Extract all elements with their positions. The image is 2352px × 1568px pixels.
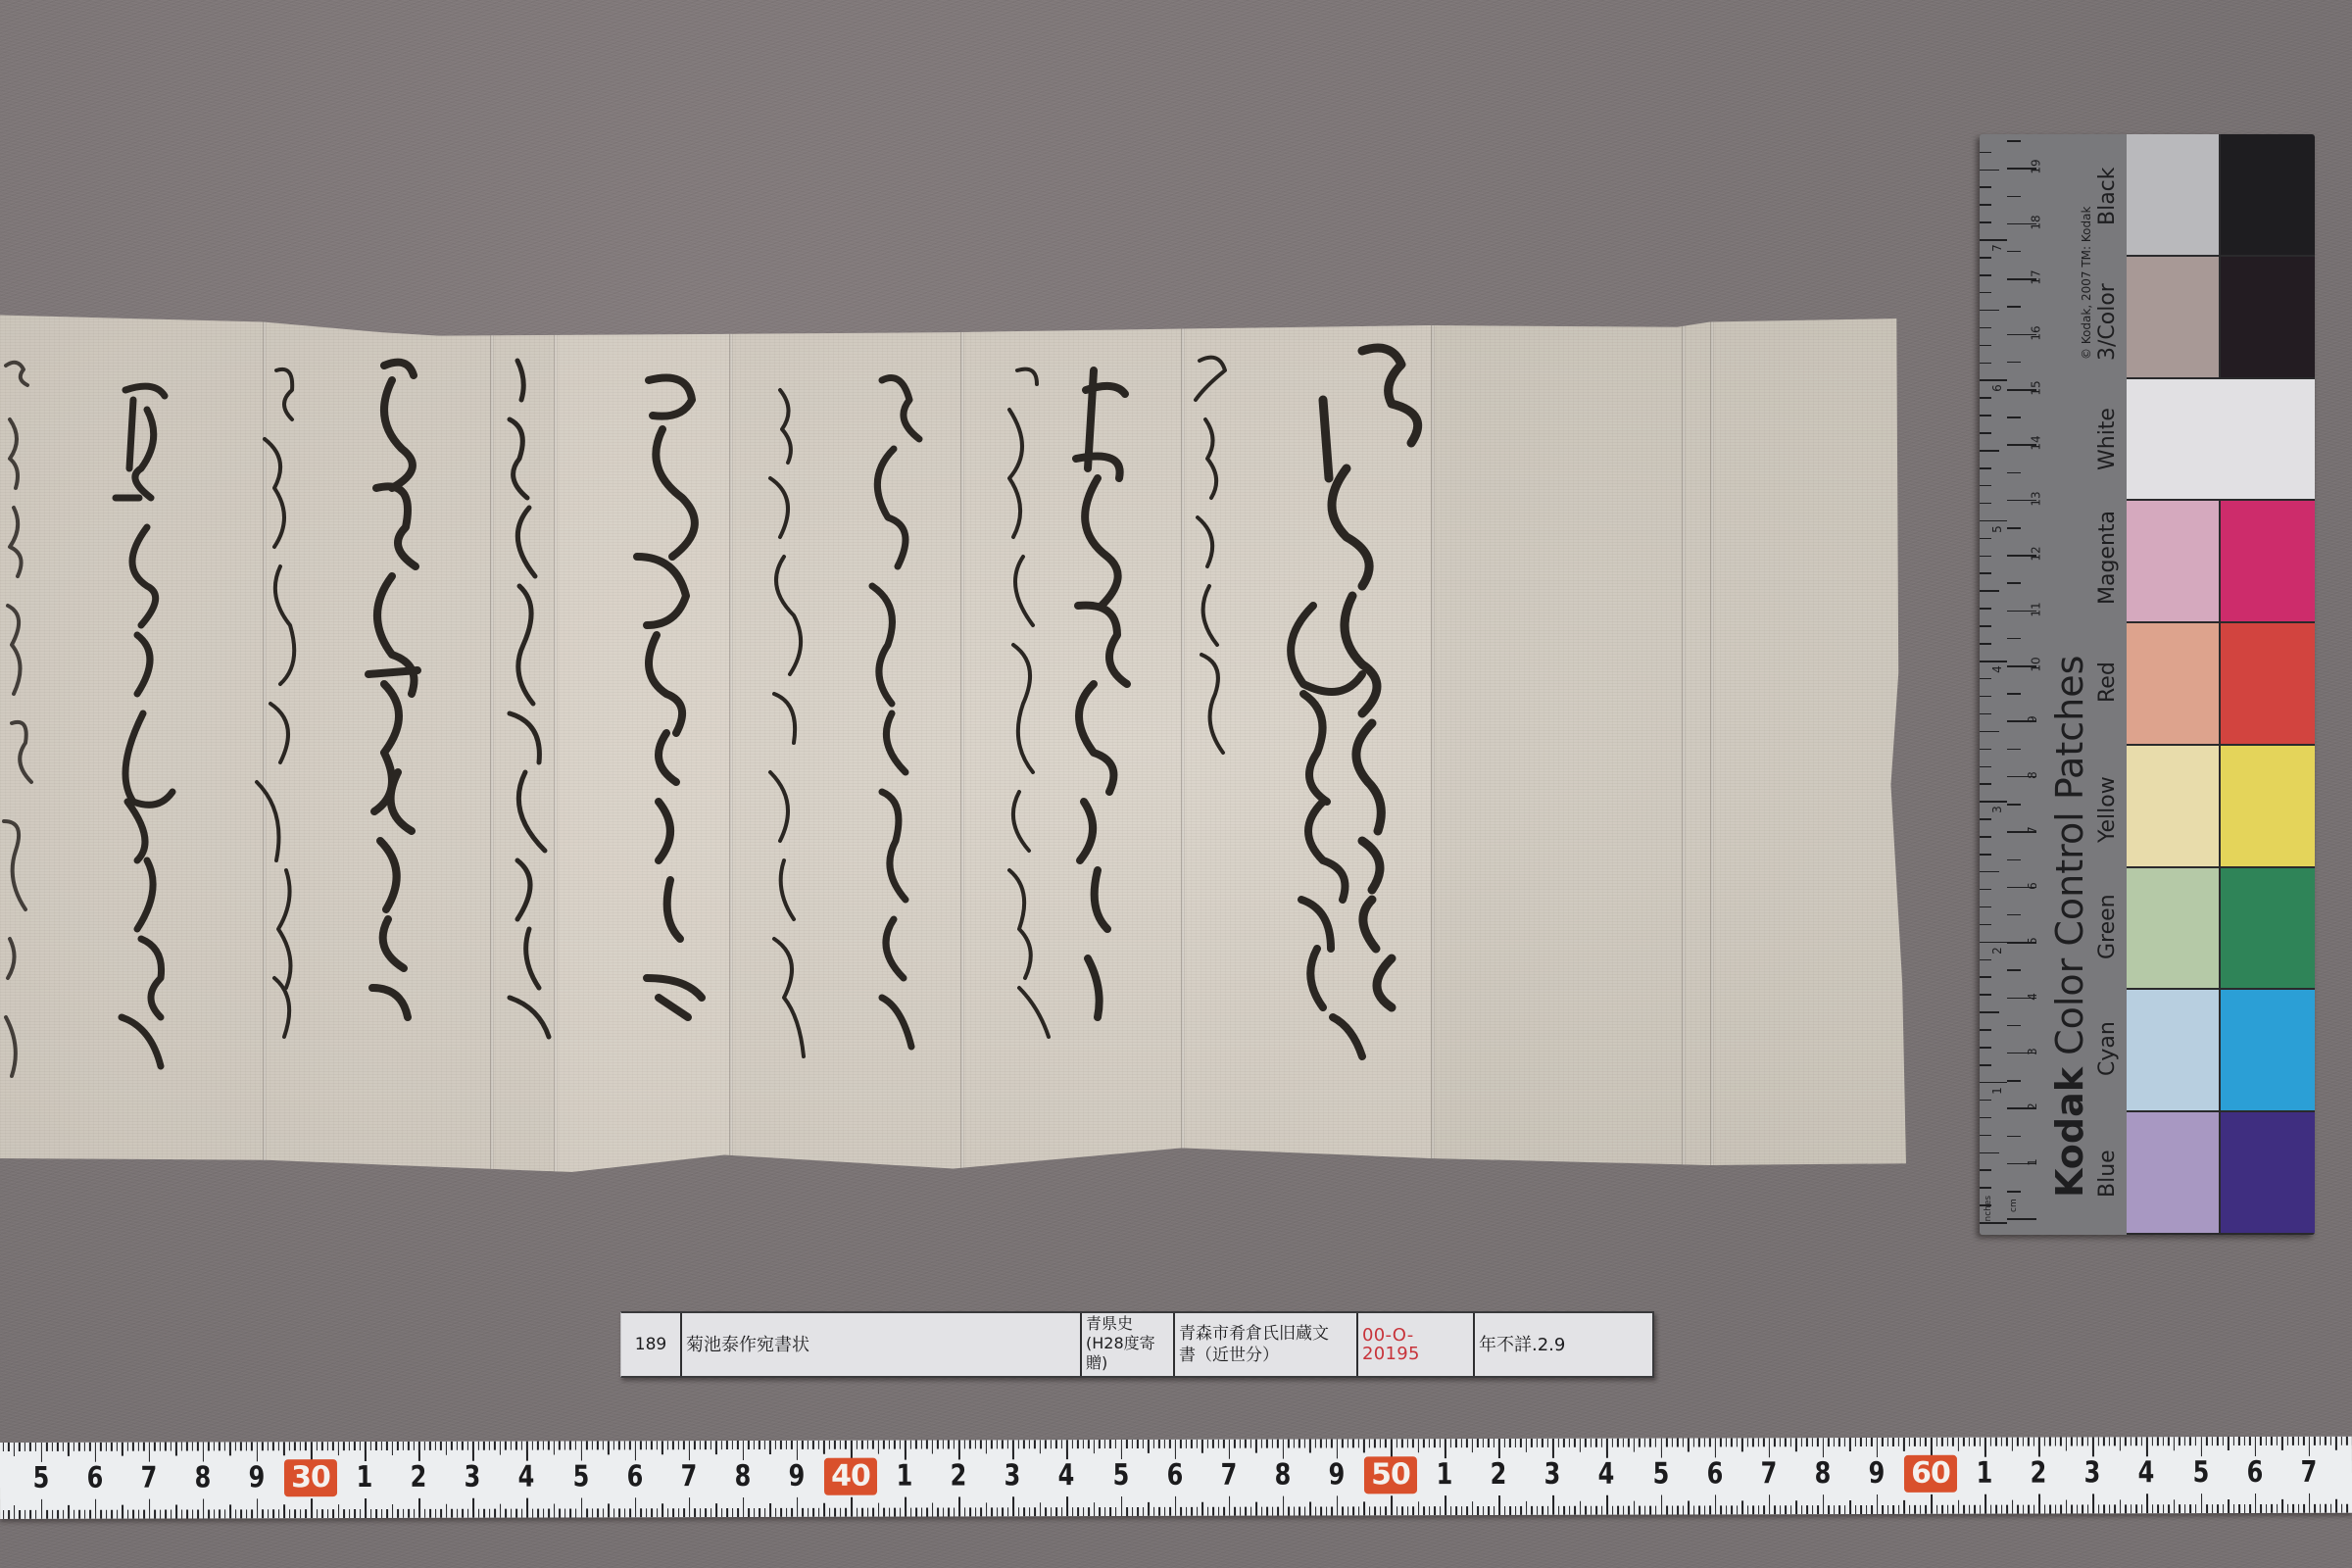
tape-tick [192,1442,194,1450]
tape-tick [526,1498,528,1518]
tape-tick [1591,1506,1592,1515]
tape-tick [1558,1439,1560,1447]
inch-tick [1980,661,2007,662]
tape-tick [1121,1496,1123,1516]
tape-tick [2017,1438,2019,1446]
inch-tick [1980,170,1999,171]
tape-tick [2265,1437,2267,1445]
cm-tick [2007,969,2021,971]
tape-tick [235,1442,237,1450]
tape-tick [321,1509,323,1518]
tape-major-number: 50 [1364,1456,1417,1494]
tape-tick [646,1508,648,1517]
collection-line: 書（近世分） [1179,1345,1329,1366]
tape-tick [786,1441,788,1449]
tape-tick [640,1441,642,1449]
tape-tick [418,1498,420,1518]
tape-tick [1990,1505,1992,1514]
tape-tick [489,1509,491,1518]
tape-tick [532,1509,534,1518]
tape-tick [1245,1507,1247,1516]
inch-tick [1980,415,1991,416]
tape-number: 9 [1861,1456,1892,1491]
inch-tick [1980,152,1991,154]
tape-tick [1440,1506,1442,1515]
inch-tick [1980,485,1991,487]
cm-tick [2007,1025,2021,1027]
tape-tick [1552,1495,1554,1515]
tape-tick [1672,1506,1674,1515]
tape-tick [68,1505,70,1519]
tape-tick [2131,1437,2132,1445]
tape-tick [672,1508,674,1517]
tape-tick [705,1508,707,1517]
tape-tick [1801,1505,1803,1514]
tape-tick [397,1442,399,1450]
tape-tick [2260,1504,2262,1513]
tape-tick [2087,1504,2089,1513]
tape-tick [1029,1507,1031,1516]
tape-tick [343,1442,345,1450]
tape-tick [1110,1507,1112,1516]
tape-tick [429,1442,431,1450]
tape-tick [2211,1437,2213,1445]
tape-tick [2303,1437,2305,1445]
inch-tick [1980,556,1991,558]
inch-tick [1980,643,1991,645]
tape-tick [132,1443,134,1451]
tape-tick [661,1503,663,1517]
tape-tick [2157,1504,2159,1513]
tape-tick [365,1442,367,1461]
tape-tick [1175,1496,1177,1516]
tape-tick [726,1441,728,1449]
tape-tick [2190,1504,2192,1513]
tape-tick [618,1508,620,1517]
tape-tick [272,1509,274,1518]
cm-tick [2007,804,2021,806]
kodak-title-text: Color Control Patches [2048,656,2091,1055]
tape-tick [2077,1437,2079,1445]
tape-tick [57,1510,59,1519]
tape-tick [857,1508,858,1517]
tape-tick [317,1509,318,1518]
tape-tick [1752,1505,1754,1514]
tape-number: 8 [1807,1456,1838,1491]
tape-tick [997,1507,999,1516]
tape-tick [203,1442,205,1461]
tape-tick [2001,1438,2003,1446]
cm-tick [2007,140,2021,142]
tape-tick [1380,1506,1382,1515]
tape-tick [1731,1438,1733,1446]
tape-tick [2277,1437,2278,1445]
tape-tick [969,1507,971,1516]
cm-label: cm [2009,1199,2019,1212]
tape-number: 6 [619,1459,651,1494]
tape-tick [1023,1507,1025,1516]
tape-tick [332,1442,334,1450]
tape-tick [246,1509,248,1518]
tape-tick [2044,1438,2046,1446]
tape-tick [2244,1504,2246,1513]
tape-tick [1158,1507,1160,1516]
tape-tick [268,1509,269,1518]
tape-tick [543,1509,545,1518]
tape-tick [2330,1437,2332,1445]
tape-tick [1434,1439,1436,1447]
inch-mark: 1 [1990,1087,2004,1095]
tape-tick [278,1442,280,1450]
tape-number: 6 [2239,1455,2271,1490]
tape-tick [2228,1437,2229,1450]
tape-tick [618,1441,620,1449]
tape-tick [451,1509,453,1518]
tape-tick [1494,1439,1495,1447]
tape-tick [224,1509,226,1518]
tape-tick [1834,1505,1836,1514]
cm-mark: 13 [2030,491,2043,506]
inch-tick [1980,503,1991,505]
tape-tick [1104,1440,1106,1448]
tape-tick [1266,1507,1268,1516]
tape-tick [700,1508,702,1517]
tape-tick [780,1508,782,1517]
tape-tick [1153,1507,1155,1516]
inch-tick [1980,1204,1991,1206]
tape-tick [683,1508,685,1517]
tape-tick [1898,1438,1900,1446]
tape-tick [1223,1440,1225,1448]
tape-tick [62,1443,64,1451]
tape-tick [780,1441,782,1449]
tape-tick [2109,1504,2111,1513]
tape-tick [57,1443,59,1451]
cm-tick [2007,693,2021,695]
tape-tick [1866,1438,1868,1446]
inch-mark: 7 [1990,244,2004,252]
patch-label: Yellow [2095,777,2120,844]
patch-label: Magenta [2095,511,2120,605]
tape-tick [623,1441,625,1449]
tape-tick [2066,1437,2068,1450]
tape-tick [2195,1437,2197,1445]
tape-tick [1952,1505,1954,1514]
tape-tick [2114,1504,2116,1513]
tape-tick [1682,1439,1684,1447]
tape-tick [1606,1439,1608,1458]
tape-tick [3,1510,5,1519]
inch-tick [1980,625,1991,627]
tape-tick [2012,1500,2014,1514]
tape-tick [759,1508,760,1517]
tape-tick [1828,1505,1830,1514]
tape-tick [2049,1505,2051,1514]
tape-tick [106,1510,108,1519]
cm-tick [2007,306,2021,308]
tape-tick [1515,1506,1517,1515]
tape-tick [1191,1440,1193,1448]
tape-tick [14,1443,16,1456]
cm-tick [2007,1080,2021,1082]
tape-tick [1763,1438,1765,1446]
tape-tick [1860,1505,1862,1514]
tape-tick [171,1443,172,1451]
tape-tick [667,1441,669,1449]
tape-tick [1634,1439,1636,1452]
tape-tick [986,1440,988,1453]
tape-tick [1547,1506,1549,1515]
tape-tick [2038,1438,2040,1457]
calligraphy-text [0,312,1906,1172]
tape-tick [694,1441,696,1449]
tape-tick [2028,1438,2030,1446]
tape-tick [1995,1438,1997,1446]
tape-tick [2180,1504,2181,1513]
tape-tick [2044,1505,2046,1514]
tape-tick [2087,1437,2089,1445]
tape-tick [3,1443,5,1451]
tape-number: 4 [1051,1458,1082,1493]
tape-number: 3 [997,1458,1028,1493]
tape-tick [1148,1440,1150,1453]
tape-tick [1617,1506,1619,1515]
inch-tick [1980,363,1991,365]
inch-tick [1980,379,2007,381]
tape-tick [2330,1504,2332,1513]
tape-tick [1758,1438,1760,1446]
tape-tick [1509,1439,1511,1447]
tape-tick [1326,1439,1328,1447]
tape-tick [300,1442,302,1450]
tape-tick [743,1441,745,1460]
tape-tick [2060,1437,2062,1445]
tape-tick [2335,1437,2337,1450]
tape-tick [24,1510,26,1519]
tape-tick [127,1510,129,1519]
tape-tick [937,1507,939,1516]
tape-tick [910,1441,912,1449]
tape-tick [1758,1505,1760,1514]
inch-tick [1980,572,1991,574]
tape-tick [1201,1440,1203,1453]
patch-white [2127,379,2315,502]
tape-tick [597,1508,599,1517]
tape-tick [1683,1506,1685,1515]
tape-tick [1801,1438,1803,1446]
tape-tick [1375,1506,1377,1515]
tape-tick [111,1510,113,1519]
tape-number: 5 [24,1461,56,1495]
tape-tick [1882,1505,1884,1514]
tape-tick [899,1441,901,1449]
tape-tick [958,1440,960,1459]
inch-tick [1980,889,1991,891]
tape-tick [1240,1440,1242,1448]
tape-number: 9 [241,1460,272,1494]
tape-tick [732,1508,734,1517]
tape-number: 5 [564,1459,596,1494]
tape-tick [915,1508,917,1517]
tape-tick [2012,1438,2014,1451]
tape-tick [289,1442,291,1450]
inch-tick [1980,871,1999,873]
tape-tick [181,1443,183,1451]
tape-tick [1072,1507,1074,1516]
tape-tick [1844,1438,1846,1446]
tape-tick [872,1441,874,1449]
tape-tick [2169,1504,2171,1513]
cm-tick [2007,251,2021,253]
tape-tick [1855,1505,1857,1514]
tape-tick [149,1443,151,1462]
cm-mark: 9 [2026,716,2039,724]
tape-tick [14,1505,16,1519]
tape-tick [2320,1437,2322,1445]
patch-3-color-light [2127,257,2221,379]
tape-tick [948,1507,950,1516]
kodak-title: Kodak Color Control Patches [2048,656,2091,1198]
tape-tick [1002,1507,1004,1516]
tape-tick [937,1440,939,1448]
tape-tick [2098,1437,2100,1445]
tape-tick [797,1441,799,1460]
tape-tick [457,1509,459,1518]
tape-tick [969,1440,971,1448]
tape-tick [160,1510,162,1519]
cm-mark: 7 [2026,826,2039,834]
tape-tick [262,1509,264,1518]
tape-tick [100,1443,102,1451]
tape-tick [2033,1505,2035,1514]
tape-tick [1520,1439,1522,1447]
patch-label: 3/Color [2095,283,2120,361]
tape-tick [1498,1439,1500,1458]
tape-tick [764,1441,766,1449]
tape-tick [1434,1506,1436,1515]
tape-tick [1294,1440,1296,1448]
tape-tick [689,1497,691,1517]
tape-tick [106,1443,108,1451]
tape-tick [89,1510,91,1519]
tape-tick [1412,1439,1414,1447]
tape-tick [149,1499,151,1519]
cm-tick [2007,362,2021,364]
tape-number: 1 [1969,1456,2000,1491]
tape-tick [812,1441,814,1449]
tape-tick [1051,1440,1053,1448]
tape-number: 1 [889,1459,920,1494]
tape-tick [515,1509,517,1518]
tape-tick [1877,1494,1879,1514]
tape-tick [2271,1437,2273,1445]
tape-tick [1180,1440,1182,1448]
inch-tick [1980,204,1991,206]
tape-tick [1347,1439,1349,1447]
tape-tick [1780,1505,1782,1514]
tape-number: 5 [2184,1455,2216,1490]
tape-tick [560,1509,562,1518]
tape-tick [278,1509,280,1518]
tape-tick [1472,1439,1474,1452]
tape-tick [2071,1437,2073,1445]
tape-tick [964,1440,966,1448]
tape-tick [791,1441,793,1449]
tape-tick [586,1441,588,1449]
tape-tick [2320,1504,2322,1513]
tape-tick [2249,1437,2251,1445]
tape-tick [608,1441,610,1454]
tape-tick [429,1509,431,1518]
tape-tick [1957,1438,1959,1451]
tape-tick [78,1510,80,1519]
tape-tick [1585,1439,1587,1447]
tape-tick [446,1442,448,1455]
tape-tick [2071,1504,2073,1513]
tape-tick [910,1508,912,1517]
tape-tick [1245,1440,1247,1448]
tape-tick [326,1442,328,1450]
tape-tick [294,1442,296,1450]
tape-tick [980,1507,982,1516]
tape-tick [117,1443,119,1451]
tape-tick [2082,1437,2083,1445]
tape-tick [203,1498,205,1518]
tape-tick [1261,1507,1263,1516]
tape-tick [1644,1439,1646,1447]
tape-tick [905,1441,906,1460]
tape-tick [284,1504,286,1518]
tape-tick [1709,1505,1711,1514]
tape-tick [1563,1506,1565,1515]
tape-tick [1326,1506,1328,1515]
tape-tick [1580,1439,1582,1452]
tape-tick [1698,1438,1700,1446]
tape-tick [521,1442,523,1450]
tape-tick [1077,1507,1079,1516]
tape-tick [564,1441,566,1449]
tape-tick [365,1498,367,1518]
tape-tick [29,1443,31,1451]
tape-tick [732,1441,734,1449]
tape-tick [1834,1438,1836,1446]
tape-tick [1790,1505,1792,1514]
tape-tick [311,1498,313,1518]
tape-tick [1806,1438,1808,1446]
patch-label: Blue [2095,1151,2120,1199]
tape-tick [1790,1438,1792,1446]
tape-tick [575,1441,577,1449]
patch-label: Green [2095,894,2120,959]
patch-blue-light [2127,1112,2221,1235]
tape-tick [1445,1495,1446,1515]
tape-tick [2168,1437,2170,1445]
tape-tick [1693,1505,1695,1514]
patch-label: White [2095,408,2120,470]
tape-tick [1828,1438,1830,1446]
tape-tick [1769,1438,1771,1457]
tape-tick [1606,1495,1608,1515]
tape-tick [548,1442,550,1450]
cm-tick [2007,859,2021,861]
tape-tick [1914,1438,1916,1446]
tape-tick [2066,1499,2068,1513]
tape-tick [305,1442,307,1450]
tape-tick [2309,1494,2311,1513]
tape-tick [2287,1437,2289,1445]
tape-tick [834,1441,836,1449]
tape-tick [775,1508,777,1517]
